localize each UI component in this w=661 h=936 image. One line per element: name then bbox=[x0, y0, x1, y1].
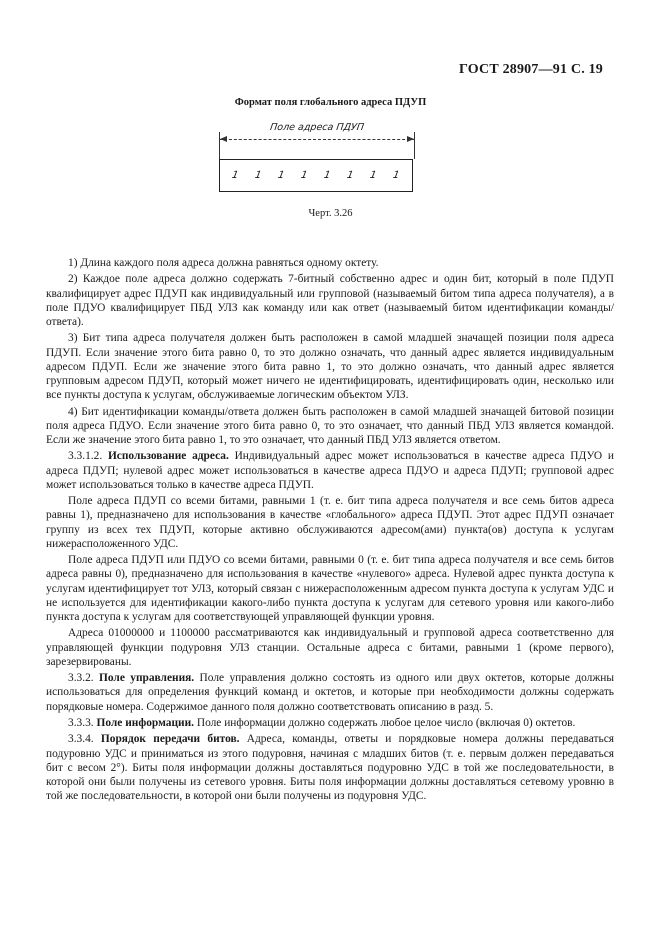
dimension-line bbox=[219, 139, 415, 140]
bit-7: 1 bbox=[369, 170, 377, 181]
dimension-tick-right bbox=[414, 132, 415, 159]
address-field-diagram: Поле адреса ПДУП 1 1 1 1 1 1 1 1 bbox=[219, 122, 415, 194]
bit-8: 1 bbox=[392, 170, 400, 181]
section-heading: Использование адреса. bbox=[108, 450, 229, 462]
paragraph-1: 1) Длина каждого поля адреса должна равн… bbox=[46, 256, 614, 270]
page-header: ГОСТ 28907—91 С. 19 bbox=[459, 62, 603, 78]
paragraph-reserved-addresses: Адреса 01000000 и 1100000 рассматриваютс… bbox=[46, 626, 614, 669]
section-3-3-1-2: 3.3.1.2. Использование адреса. Индивидуа… bbox=[46, 449, 614, 492]
section-heading: Поле информации. bbox=[97, 717, 194, 729]
paragraph-global-address: Поле адреса ПДУП со всеми битами, равным… bbox=[46, 494, 614, 551]
bit-1: 1 bbox=[231, 170, 239, 181]
paragraph-2: 2) Каждое поле адреса должно содержать 7… bbox=[46, 272, 614, 329]
section-number: 3.3.2. bbox=[68, 672, 94, 684]
arrow-left-icon bbox=[220, 136, 227, 142]
section-3-3-4: 3.3.4. Порядок передачи битов. Адреса, к… bbox=[46, 732, 614, 803]
bit-2: 1 bbox=[254, 170, 262, 181]
section-3-3-3: 3.3.3. Поле информации. Поле информации … bbox=[46, 716, 614, 730]
section-number: 3.3.1.2. bbox=[68, 450, 102, 462]
paragraph-4: 4) Бит идентификации команды/ответа долж… bbox=[46, 405, 614, 448]
bit-5: 1 bbox=[323, 170, 331, 181]
bit-6: 1 bbox=[346, 170, 354, 181]
field-label: Поле адреса ПДУП bbox=[218, 122, 416, 133]
arrow-right-icon bbox=[407, 136, 414, 142]
body-text: 1) Длина каждого поля адреса должна равн… bbox=[46, 256, 614, 806]
figure-caption: Черт. 3.26 bbox=[0, 208, 661, 219]
octet-box: 1 1 1 1 1 1 1 1 bbox=[219, 159, 413, 192]
section-number: 3.3.3. bbox=[68, 717, 94, 729]
bit-4: 1 bbox=[300, 170, 308, 181]
paragraph-null-address: Поле адреса ПДУП или ПДУО со всеми битам… bbox=[46, 553, 614, 624]
bit-3: 1 bbox=[277, 170, 285, 181]
figure-title: Формат поля глобального адреса ПДУП bbox=[0, 97, 661, 108]
section-3-3-2: 3.3.2. Поле управления. Поле управления … bbox=[46, 671, 614, 714]
section-heading: Порядок передачи битов. bbox=[101, 733, 240, 745]
paragraph-3: 3) Бит типа адреса получателя должен быт… bbox=[46, 331, 614, 402]
section-number: 3.3.4. bbox=[68, 733, 94, 745]
section-heading: Поле управления. bbox=[99, 672, 194, 684]
